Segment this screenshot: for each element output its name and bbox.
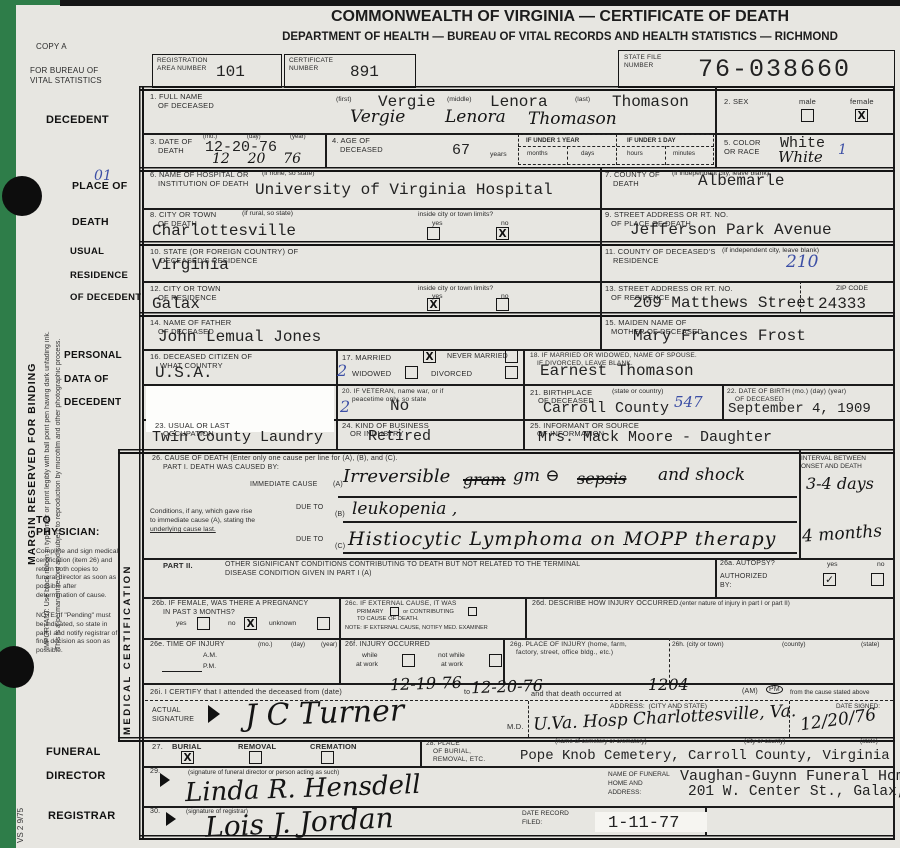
disposition-number: 27.: [152, 742, 163, 751]
cause-label: 26. CAUSE OF DEATH (Enter only one cause…: [152, 455, 398, 462]
rule: [665, 146, 666, 165]
age-value: 67: [452, 142, 470, 159]
veteran-value: No: [390, 397, 409, 415]
conditions-note-1: Conditions, if any, which gave rise: [150, 508, 252, 515]
burial-label: BURIAL: [172, 742, 202, 751]
hospital-value: University of Virginia Hospital: [255, 181, 553, 199]
copy-for-1: FOR BUREAU OF: [30, 66, 98, 75]
immediate-cause-label: IMMEDIATE CAUSE: [250, 481, 317, 488]
section-residence-3: OF DECEDENT: [70, 292, 141, 303]
state-res-label-1: 10. STATE (OR FOREIGN COUNTRY) OF: [150, 247, 298, 256]
sex-female-checkbox: X: [855, 109, 868, 122]
scan-top-edge: [60, 0, 900, 6]
injury-am-label: A.M.: [203, 652, 217, 659]
rule: [715, 558, 717, 597]
signature-arrow-icon: [160, 773, 170, 787]
rule: [343, 552, 797, 554]
part2-text-1: OTHER SIGNIFICANT CONDITIONS CONTRIBUTIN…: [225, 561, 580, 568]
section-place-of-death-2: DEATH: [72, 216, 109, 228]
certify-to-label: to: [464, 689, 470, 696]
removal-label: REMOVAL: [238, 742, 276, 751]
injury-county-label: (county): [782, 641, 805, 648]
city-death-label-1: 8. CITY OR TOWN: [150, 210, 216, 219]
cause-a-struck-word-2: sepsis: [577, 469, 626, 488]
rule: [143, 558, 893, 560]
date-of-death-handwritten: 12 20 76: [212, 151, 301, 167]
page-title: COMMONWEALTH OF VIRGINIA — CERTIFICATE O…: [250, 8, 870, 26]
not-while-label-1: not while: [438, 652, 465, 659]
injury-state-label: (state): [861, 641, 879, 648]
while-label-1: while: [362, 652, 378, 659]
section-decedent: DECEDENT: [46, 114, 109, 126]
certify-text-2: and that death occurred at: [531, 689, 621, 698]
punch-hole-top: [2, 176, 42, 216]
cemetery-city-hint: (city or county): [744, 738, 785, 745]
autopsy-label: 26a. AUTOPSY?: [720, 560, 775, 567]
external-primary-checkbox: [390, 607, 399, 616]
occupation-value: Twin County Laundry: [152, 429, 323, 446]
race-label-2: OR RACE: [724, 147, 760, 156]
divorced-checkbox: [505, 366, 518, 379]
zip-label: ZIP CODE: [836, 285, 868, 292]
injury-place-label-2: factory, street, office bldg., etc.): [516, 649, 613, 656]
physician-note-2: NOTE: If "Pending" must be indicated, so…: [36, 612, 118, 656]
copy-for-2: VITAL STATISTICS: [30, 76, 102, 85]
pregnancy-yes-checkbox: [197, 617, 210, 630]
signature-arrow-icon: [166, 812, 176, 826]
divorced-label: DIVORCED: [431, 369, 472, 378]
county-res-code: 210: [786, 252, 818, 272]
age-years-label: years: [490, 151, 507, 158]
part1-label: PART I. DEATH WAS CAUSED BY:: [163, 464, 279, 471]
father-label-1: 14. NAME OF FATHER: [150, 318, 231, 327]
rule: [118, 449, 120, 741]
not-while-label-2: at work: [441, 661, 463, 668]
cause-a-struck-word: gram: [463, 470, 506, 489]
cause-c-handwritten: Histiocytic Lymphoma on MOPP therapy: [348, 528, 776, 550]
rule: [143, 281, 893, 283]
spouse-label-1: 18. IF MARRIED OR WIDOWED, NAME OF SPOUS…: [530, 352, 697, 359]
injury-pm-label: P.M.: [203, 663, 216, 670]
last-name-handwritten: Thomason: [528, 109, 617, 129]
race-code: 1: [838, 142, 847, 158]
cremation-checkbox: [321, 751, 334, 764]
burial-place-label-2: OF BURIAL,: [433, 748, 471, 755]
certify-text-1: 26i. I CERTIFY that I attended the decea…: [150, 687, 342, 696]
birthplace-code: 547: [674, 393, 703, 411]
section-personal-3: DECEDENT: [64, 397, 121, 408]
form-number: VS 2 9/75: [16, 768, 25, 843]
external-primary-label: PRIMARY: [357, 609, 383, 615]
injury-year-hint: (year): [321, 641, 337, 648]
last-hint: (last): [575, 96, 590, 103]
days-label: days: [581, 150, 594, 157]
widowed-label: WIDOWED: [352, 369, 391, 378]
actual-signature-label-1: ACTUAL: [152, 707, 181, 714]
injury-city-label: 26h. (city or town): [672, 641, 724, 648]
rule: [143, 349, 893, 351]
dob-value: September 4, 1909: [728, 401, 871, 417]
section-residence-2: RESIDENCE: [70, 270, 128, 281]
dob-label-1: 22. DATE OF BIRTH (mo.) (day) (year): [727, 388, 846, 395]
rule: [722, 384, 724, 419]
md-label: M.D.: [507, 722, 524, 731]
physician-note: Complete and sign medical certification …: [36, 548, 118, 601]
external-contributing-label: or CONTRIBUTING: [403, 609, 454, 615]
section-medical-certification: MEDICAL CERTIFICATION: [122, 455, 133, 735]
sex-male-label: male: [799, 97, 816, 106]
rule: [339, 597, 341, 683]
city-death-no-checkbox: X: [496, 227, 509, 240]
street-res-value: 209 Matthews Street: [633, 294, 815, 312]
race-handwritten: White: [778, 148, 823, 166]
state-file-label-2: NUMBER: [624, 62, 653, 69]
certificate-number: 891: [350, 63, 379, 81]
cause-a-label: (A): [333, 481, 343, 488]
hospital-label-2: INSTITUTION OF DEATH: [158, 179, 249, 188]
rule: [162, 671, 202, 672]
rule: [523, 349, 525, 449]
actual-signature-label-2: SIGNATURE: [152, 716, 194, 723]
cause-c-label: (C): [335, 543, 345, 550]
sex-label: 2. SEX: [724, 97, 749, 106]
pregnancy-no-checkbox: X: [244, 617, 257, 630]
certificate-label-1: CERTIFICATE: [289, 57, 333, 64]
first-hint: (first): [336, 96, 351, 103]
registrar-number: 30.: [150, 808, 160, 815]
interval-label-2: ONSET AND DEATH: [801, 463, 862, 470]
never-married-checkbox: [505, 350, 518, 363]
conditions-note-2: to immediate cause (A), stating the: [150, 517, 255, 524]
zip-value: 24333: [818, 295, 866, 313]
pregnancy-no-label: no: [228, 620, 236, 627]
rule: [143, 638, 893, 640]
dod-year-hint: (year): [290, 134, 306, 140]
last-name-typed: Thomason: [612, 93, 689, 111]
cause-b-label: (B): [335, 511, 345, 518]
cause-a-handwritten-1: Irreversible: [343, 466, 450, 487]
married-label: 17. MARRIED: [342, 353, 391, 362]
under-1-day-label: IF UNDER 1 DAY: [627, 137, 676, 144]
city-death-hint: (if rural, so state): [242, 210, 293, 217]
injury-mo-hint: (mo.): [258, 641, 272, 648]
minutes-label: minutes: [673, 150, 695, 157]
rule: [338, 496, 797, 498]
funeral-director-number: 29.: [150, 768, 160, 775]
cemetery-state-hint: (state): [860, 738, 878, 745]
place-code-handwritten: 01: [94, 168, 112, 184]
pregnancy-unknown-label: unknown: [269, 620, 296, 627]
page-subtitle: DEPARTMENT OF HEALTH — BUREAU OF VITAL R…: [250, 31, 870, 43]
citizen-label-1: 16. DECEASED CITIZEN OF: [150, 352, 252, 361]
burial-place-label-1: 28. PLACE: [426, 740, 460, 747]
hours-label: hours: [627, 150, 643, 157]
section-to-physician-2: PHYSICIAN:: [36, 526, 100, 538]
under-1-year-label: IF UNDER 1 YEAR: [526, 137, 579, 144]
rule: [118, 449, 895, 454]
cemetery-name-hint: (name of cemetery or crematory): [555, 738, 647, 745]
pregnancy-yes-label: yes: [176, 620, 187, 627]
veteran-code: 2: [340, 397, 350, 416]
copy-label: COPY A: [36, 42, 67, 51]
veteran-label-1: 20. IF VETERAN, name war, or if: [342, 388, 444, 395]
date-filed-value: 1-11-77: [608, 814, 679, 833]
date-filed-label-1: DATE RECORD: [522, 810, 569, 817]
never-married-label: NEVER MARRIED: [447, 353, 508, 360]
rule: [139, 86, 144, 840]
while-at-work-checkbox: [402, 654, 415, 667]
section-funeral-1: FUNERAL: [46, 746, 101, 758]
section-funeral-2: DIRECTOR: [46, 770, 106, 782]
date-of-death-label-1: 3. DATE OF: [150, 137, 192, 146]
city-res-value: Galax: [152, 295, 200, 313]
city-death-yes-checkbox: [427, 227, 440, 240]
removal-checkbox: [249, 751, 262, 764]
date-of-death-label-2: DEATH: [158, 146, 184, 155]
conditions-note-3: underlying cause last.: [150, 526, 216, 533]
date-filed-label-2: FILED:: [522, 819, 542, 826]
city-death-value: Charlottesville: [152, 222, 296, 240]
section-personal-2: DATA OF: [64, 374, 109, 385]
informant-value: Mrs. Mack Moore - Daughter: [538, 429, 772, 446]
full-name-label-1: 1. FULL NAME: [150, 92, 203, 101]
pregnancy-label-2: IN PAST 3 MONTHS?: [163, 609, 235, 616]
state-file-number: 76-038660: [698, 55, 851, 84]
rule: [893, 86, 895, 840]
rule: [139, 86, 895, 91]
county-death-value: Albemarle: [698, 172, 784, 190]
city-death-limits-label: inside city or town limits?: [418, 211, 493, 218]
state-res-value: Virginia: [152, 256, 229, 274]
registration-area-label-1: REGISTRATION: [157, 57, 208, 64]
city-res-no-checkbox: [496, 298, 509, 311]
middle-hint: (middle): [447, 96, 472, 103]
section-registrar: REGISTRAR: [48, 810, 115, 822]
rule: [600, 167, 602, 349]
while-label-2: at work: [356, 661, 378, 668]
am-label: (AM): [742, 688, 758, 695]
death-time-handwritten: 1204: [648, 675, 689, 694]
funeral-home-name: Vaughan-Guynn Funeral Home: [680, 768, 900, 785]
months-label: months: [527, 150, 548, 157]
cause-a-handwritten-2: gm ⊖: [513, 466, 560, 486]
interval-a-handwritten: 3-4 days: [806, 474, 874, 493]
autopsy-no-label: no: [877, 561, 885, 568]
injury-describe-hint: (enter nature of injury in part I or par…: [680, 600, 790, 607]
autopsy-by-label: BY:: [720, 582, 732, 589]
rule: [325, 133, 327, 167]
injury-time-label: 26e. TIME OF INJURY: [150, 641, 225, 648]
sex-male-checkbox: [801, 109, 814, 122]
pregnancy-unknown-checkbox: [317, 617, 330, 630]
county-res-label-1: 11. COUNTY OF DECEASED'S: [605, 247, 716, 256]
due-to-b-label: DUE TO: [296, 504, 323, 511]
rule: [616, 134, 617, 165]
hospital-hint: (if none, so state): [262, 170, 315, 177]
burial-place-value: Pope Knob Cemetery, Carroll County, Virg…: [520, 748, 890, 764]
external-cause-label-2: TO CAUSE OF DEATH.: [357, 616, 419, 622]
mother-value: Mary Frances Frost: [633, 327, 806, 345]
external-cause-label-1: 26c. IF EXTERNAL CAUSE, IT WAS: [345, 600, 457, 607]
race-label-1: 5. COLOR: [724, 138, 761, 147]
part2-text-2: DISEASE CONDITION GIVEN IN PART I (A): [225, 570, 372, 577]
injury-describe-label: 26d. DESCRIBE HOW INJURY OCCURRED.: [532, 600, 681, 607]
burial-checkbox: X: [181, 751, 194, 764]
street-death-value: Jefferson Park Avenue: [630, 221, 832, 239]
rule: [528, 701, 529, 737]
not-while-at-work-checkbox: [489, 654, 502, 667]
cremation-label: CREMATION: [310, 742, 357, 751]
citizen-value: U.S.A.: [155, 364, 213, 382]
hospital-label-1: 6. NAME OF HOSPITAL OR: [150, 170, 249, 179]
injury-occurred-label: 26f. INJURY OCCURRED: [345, 641, 430, 648]
city-res-yes-checkbox: X: [427, 298, 440, 311]
city-death-no-label: no: [501, 220, 509, 227]
autopsy-yes-checkbox: ✓: [823, 573, 836, 586]
age-label-2: DECEASED: [340, 145, 383, 154]
section-personal-1: PERSONAL: [64, 350, 122, 361]
spouse-value: Earnest Thomason: [540, 362, 694, 380]
external-note: NOTE: IF EXTERNAL CAUSE, NOTIFY MED. EXA…: [345, 625, 488, 631]
rule: [567, 146, 568, 165]
business-value: Retired: [368, 428, 431, 445]
section-residence-1: USUAL: [70, 246, 104, 257]
rule: [715, 86, 717, 167]
certify-text-3: from the cause stated above: [790, 689, 869, 696]
burial-place-label-3: REMOVAL, ETC.: [433, 756, 485, 763]
birthplace-value: Carroll County: [543, 400, 669, 417]
city-death-yes-label: yes: [432, 220, 443, 227]
father-value: John Lemual Jones: [158, 328, 321, 346]
street-death-label-1: 9. STREET ADDRESS OR RT. NO.: [605, 210, 728, 219]
rule: [420, 741, 422, 766]
signature-arrow-icon: [208, 705, 220, 723]
autopsy-yes-label: yes: [827, 561, 838, 568]
middle-name-handwritten: Lenora: [445, 107, 506, 127]
external-contributing-checkbox: [468, 607, 477, 616]
autopsy-no-checkbox: [871, 573, 884, 586]
rule: [139, 312, 895, 317]
rule: [139, 241, 895, 246]
funeral-home-label-3: ADDRESS:: [608, 789, 641, 796]
due-to-c-label: DUE TO: [296, 536, 323, 543]
part2-label: PART II.: [163, 561, 193, 570]
injury-place-label-1: 26g. PLACE OF INJURY (home, farm,: [510, 641, 627, 648]
rule: [343, 521, 797, 523]
pm-circled: PM: [766, 685, 783, 694]
death-certificate-scan: { "colors": {"paper": "#e7e6e1", "edge_g…: [0, 0, 900, 848]
cause-b-handwritten: leukopenia ,: [352, 499, 457, 519]
city-res-limits-label: inside city or town limits?: [418, 285, 493, 292]
full-name-label-2: OF DECEASED: [158, 101, 214, 110]
registration-area-number: 101: [216, 63, 245, 81]
registration-area-label-2: AREA NUMBER: [157, 65, 207, 72]
mother-label-1: 15. MAIDEN NAME OF: [605, 318, 687, 327]
pregnancy-label-1: 26b. IF FEMALE, WAS THERE A PREGNANCY: [152, 600, 308, 607]
street-res-label-1: 13. STREET ADDRESS OR RT. NO.: [605, 284, 733, 293]
funeral-home-label-2: HOME AND: [608, 780, 643, 787]
state-file-label-1: STATE FILE: [624, 54, 662, 61]
attended-from-date: 12-19-76: [390, 673, 463, 694]
county-res-label-2: RESIDENCE: [613, 256, 659, 265]
marital-code: 2: [337, 361, 347, 380]
rule: [143, 597, 893, 599]
autopsy-authorized-label: AUTHORIZED: [720, 573, 768, 580]
funeral-home-address: 201 W. Center St., Galax, Va.: [688, 784, 900, 800]
sex-female-label: female: [850, 97, 874, 106]
rule: [525, 597, 527, 638]
cause-a-handwritten-3: and shock: [658, 465, 745, 485]
married-checkbox: X: [423, 350, 436, 363]
funeral-home-label-1: NAME OF FUNERAL: [608, 771, 670, 778]
county-death-label-1: 7. COUNTY OF: [605, 170, 660, 179]
certificate-label-2: NUMBER: [289, 65, 318, 72]
widowed-checkbox: [405, 366, 418, 379]
city-res-label-1: 12. CITY OR TOWN: [150, 284, 221, 293]
physician-signature: J C Turner: [244, 693, 404, 734]
interval-label-1: INTERVAL BETWEEN: [801, 455, 866, 462]
county-death-label-2: DEATH: [613, 179, 639, 188]
injury-day-hint: (day): [291, 641, 305, 648]
age-label-1: 4. AGE OF: [332, 136, 370, 145]
birthplace-hint: (state or country): [612, 388, 663, 395]
section-to-physician-1: TO: [36, 514, 51, 526]
first-name-handwritten: Vergie: [350, 107, 405, 127]
